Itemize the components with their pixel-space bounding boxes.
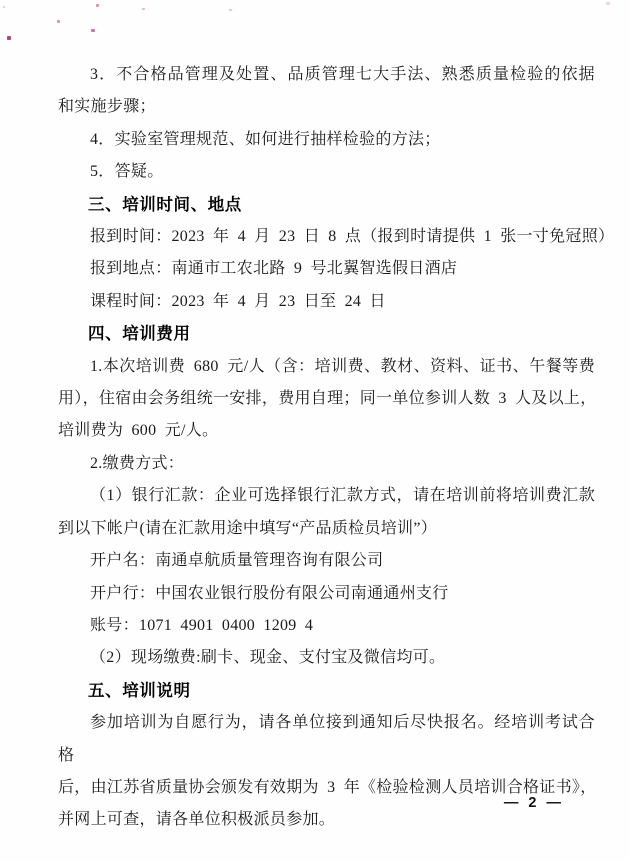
section-heading-notes: 五、培训说明 (58, 675, 595, 707)
curriculum-item-4: 4．实验室管理规范、如何进行抽样检验的方法； (58, 124, 595, 156)
document-body: 3．不合格品管理及处置、品质管理七大手法、熟悉质量检验的依据 和实施步骤； 4．… (0, 0, 630, 837)
section-heading-time-location: 三、培训时间、地点 (58, 189, 595, 221)
curriculum-item-5: 5．答疑。 (58, 156, 595, 188)
bank-transfer-line-1: （1）银行汇款：企业可选择银行汇款方式，请在培训前将培训费汇款 (58, 480, 595, 512)
fee-para-line-3: 培训费为 600 元/人。 (58, 415, 595, 447)
account-number: 账号：1071 4901 0400 1209 4 (58, 610, 595, 642)
checkin-location: 报到地点：南通市工农北路 9 号北翼智选假日酒店 (58, 253, 595, 285)
fee-para-line-2: 用），住宿由会务组统一安排，费用自理；同一单位参训人数 3 人及以上， (58, 383, 595, 415)
section-heading-fee: 四、培训费用 (58, 318, 595, 350)
payment-method-label: 2.缴费方式： (58, 448, 595, 480)
page-number: — 2 — (504, 795, 564, 811)
notes-line-1: 参加培训为自愿行为，请各单位接到通知后尽快报名。经培训考试合格 (58, 707, 595, 772)
curriculum-item-3-line-1: 3．不合格品管理及处置、品质管理七大手法、熟悉质量检验的依据 (58, 59, 595, 91)
fee-para-line-1: 1.本次培训费 680 元/人（含：培训费、教材、资料、证书、午餐等费 (58, 351, 595, 383)
course-time: 课程时间：2023 年 4 月 23 日至 24 日 (58, 286, 595, 318)
account-name: 开户名：南通卓航质量管理咨询有限公司 (58, 545, 595, 577)
checkin-time: 报到时间：2023 年 4 月 23 日 8 点（报到时请提供 1 张一寸免冠照… (58, 221, 595, 253)
bank-name: 开户行：中国农业银行股份有限公司南通通州支行 (58, 578, 595, 610)
curriculum-item-3-line-2: 和实施步骤； (58, 91, 595, 123)
document-page: 3．不合格品管理及处置、品质管理七大手法、熟悉质量检验的依据 和实施步骤； 4．… (0, 0, 630, 862)
bank-transfer-line-2: 到以下帐户(请在汇款用途中填写“产品质检员培训”） (58, 513, 595, 545)
onsite-payment: （2）现场缴费:刷卡、现金、支付宝及微信均可。 (58, 642, 595, 674)
